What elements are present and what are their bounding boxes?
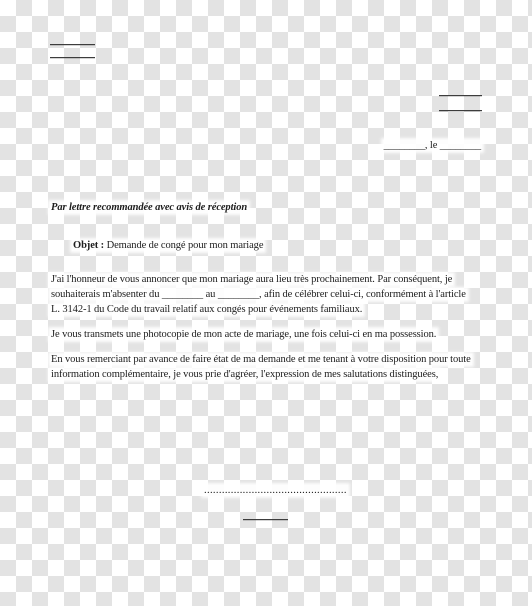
- paragraph-line: En vous remerciant par avance de faire é…: [50, 352, 472, 367]
- body-paragraph-1: J'ai l'honneur de vous annoncer que mon …: [50, 272, 467, 317]
- recipient-blank-line-1: [439, 95, 482, 96]
- paragraph-line-text: J'ai l'honneur de vous annoncer que mon …: [50, 274, 453, 285]
- registered-mail-notice-text: Par lettre recommandée avec avis de réce…: [50, 202, 248, 213]
- signature-blank-line: [243, 519, 288, 520]
- subject-line-text: Objet : Demande de congé pour mon mariag…: [72, 240, 264, 251]
- sender-blank-line-1: [50, 44, 95, 45]
- paragraph-line-text: souhaiterais m'absenter du ________ au _…: [50, 289, 467, 300]
- paragraph-line-text: En vous remerciant par avance de faire é…: [50, 354, 472, 365]
- paragraph-line: Je vous transmets une photocopie de mon …: [50, 327, 437, 342]
- paragraph-line-text: Je vous transmets une photocopie de mon …: [50, 329, 437, 340]
- place-date-line: ________, le ________: [383, 138, 482, 153]
- paragraph-line: J'ai l'honneur de vous annoncer que mon …: [50, 272, 467, 287]
- body-paragraph-3: En vous remerciant par avance de faire é…: [50, 352, 472, 382]
- subject-line: Objet : Demande de congé pour mon mariag…: [72, 238, 264, 253]
- paragraph-line-text: information complémentaire, je vous prie…: [50, 369, 439, 380]
- recipient-blank-line-2: [439, 110, 482, 111]
- signature-dots-text: ........................................…: [203, 485, 348, 496]
- sender-blank-line-2: [50, 57, 95, 58]
- signature-dotted-line: ........................................…: [203, 483, 348, 498]
- paragraph-line-text: L. 3142-1 du Code du travail relatif aux…: [50, 304, 363, 315]
- registered-mail-notice: Par lettre recommandée avec avis de réce…: [50, 200, 248, 215]
- place-date-text: ________, le ________: [383, 140, 482, 151]
- subject-label: Objet :: [73, 240, 104, 251]
- letter-document: ________, le ________ Par lettre recomma…: [0, 0, 532, 606]
- subject-text: Demande de congé pour mon mariage: [107, 240, 264, 251]
- body-paragraph-2: Je vous transmets une photocopie de mon …: [50, 327, 437, 342]
- paragraph-line: souhaiterais m'absenter du ________ au _…: [50, 287, 467, 302]
- paragraph-line: information complémentaire, je vous prie…: [50, 367, 472, 382]
- paragraph-line: L. 3142-1 du Code du travail relatif aux…: [50, 302, 467, 317]
